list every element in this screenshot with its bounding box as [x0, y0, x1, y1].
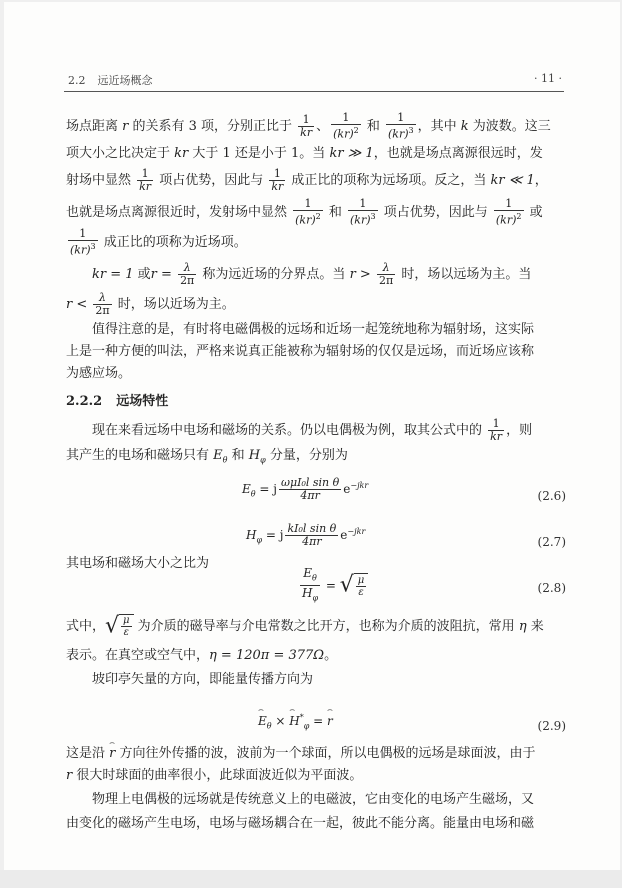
fraction-lambda-over-2pi: λ2π: [93, 292, 111, 317]
fraction-1-over-kr-cubed: 1(kr)3: [68, 228, 98, 257]
paragraph-9-line-1: 物理上电偶极的远场就是传统意义上的电磁波，它由变化的电场产生磁场，又: [66, 788, 534, 812]
fraction-1-over-kr: 1kr: [488, 418, 504, 443]
paragraph-1-line-3: 射场中显然 1kr 项占优势，因此与 1kr 成正比的项称为远场项。反之，当 k…: [66, 168, 548, 192]
subsection-number: 2.2.2: [66, 394, 102, 409]
fraction-1-over-kr-squared: 1(kr)2: [331, 112, 361, 141]
paragraph-2-line-1: kr = 1 或r = λ2π 称为远近场的分界点。当 r > λ2π 时，场以…: [66, 262, 531, 286]
fraction-1-over-kr-squared: 1(kr)2: [293, 198, 323, 227]
fraction-1-over-kr-cubed: 1(kr)3: [348, 198, 378, 227]
paragraph-1-line-2: 项大小之比决定于 kr 大于 1 还是小于 1。当 kr ≫ 1，也就是场点离源…: [66, 142, 543, 166]
equation-number: (2.6): [538, 484, 566, 508]
paragraph-4-line-2: 其产生的电场和磁场只有 Eθ 和 Hφ 分量，分别为: [66, 444, 348, 468]
paragraph-6-line-1: 式中，√με 为介质的磁导率与介电常数之比开方，也称为介质的波阻抗，常用 η 来: [66, 614, 544, 638]
paragraph-3-line-1: 值得注意的是，有时将电磁偶极的远场和近场一起笼统地称为辐射场，这实际: [66, 318, 534, 342]
paragraph-6-line-2: 表示。在真空或空气中，η = 120π = 377Ω。: [66, 644, 337, 668]
header-section-title: 远近场概念: [98, 74, 153, 87]
paragraph-3-line-2: 上是一种方便的叫法，严格来说真正能被称为辐射场的仅仅是远场，而近场应该称: [66, 340, 534, 364]
paragraph-3-line-3: 为感应场。: [66, 362, 131, 386]
paragraph-8-line-2: r 很大时球面的曲率很小，此球面波近似为平面波。: [66, 764, 362, 788]
header-section: 2.2远近场概念: [68, 72, 153, 88]
equation-number: (2.8): [538, 576, 566, 600]
paragraph-2-line-2: r < λ2π 时，场以近场为主。: [66, 292, 235, 316]
equation-2-8: EθHφ = √με (2.8): [66, 566, 566, 606]
fraction-lambda-over-2pi: λ2π: [178, 262, 196, 287]
equation-number: (2.9): [538, 714, 566, 738]
page-number: · 11 ·: [534, 72, 562, 85]
fraction-1-over-kr: 1kr: [298, 114, 314, 139]
fraction-1-over-kr: 1kr: [137, 168, 153, 193]
header-section-number: 2.2: [68, 74, 86, 87]
paragraph-1-line-4: 也就是场点离源很近时，发射场中显然 1(kr)2 和 1(kr)3 项占优势，因…: [66, 198, 543, 222]
equation-2-9: Eθ × H*φ = r (2.9): [66, 704, 566, 744]
fraction-1-over-kr-cubed: 1(kr)3: [386, 112, 416, 141]
paragraph-1-line-1: 场点距离 r 的关系有 3 项，分别正比于 1kr、1(kr)2 和 1(kr)…: [66, 112, 551, 136]
equation-number: (2.7): [538, 530, 566, 554]
paragraph-1-line-5: 1(kr)3 成正比的项称为近场项。: [66, 228, 247, 252]
paragraph-9-line-2: 由变化的磁场产生电场，电场与磁场耦合在一起，彼此不能分离。能量由电场和磁: [66, 812, 534, 836]
paragraph-7-line-1: 坡印亭矢量的方向，即能量传播方向为: [66, 668, 313, 692]
subsection-title: 远场特性: [116, 394, 168, 409]
paragraph-4-line-1: 现在来看远场中电场和磁场的关系。仍以电偶极为例，取其公式中的 1kr，则: [66, 418, 532, 442]
square-root: √με: [105, 614, 134, 639]
running-header: 2.2远近场概念 · 11 ·: [64, 68, 564, 92]
scan-bottom-edge: [0, 870, 622, 888]
fraction-lambda-over-2pi: λ2π: [377, 262, 395, 287]
fraction-1-over-kr: 1kr: [269, 168, 285, 193]
paragraph-8-line-1: 这是沿 r 方向往外传播的波，波前为一个球面，所以电偶极的远场是球面波，由于: [66, 742, 536, 766]
subsection-heading: 2.2.2远场特性: [66, 390, 168, 414]
square-root: √με: [340, 573, 369, 598]
fraction-1-over-kr-squared: 1(kr)2: [494, 198, 524, 227]
equation-2-6: Eθ = jωμI₀l sin θ4πre−jkr (2.6): [66, 474, 566, 514]
